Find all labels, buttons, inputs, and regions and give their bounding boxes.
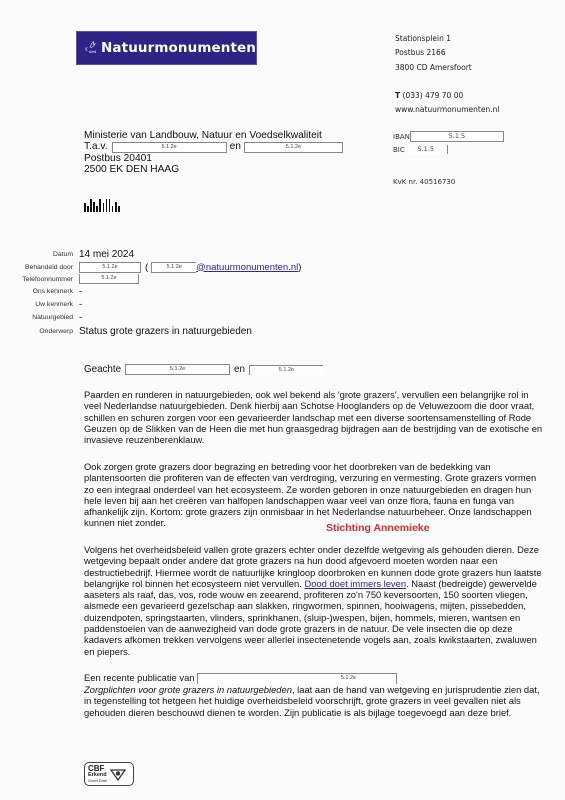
- bic-row: BIC 5.1.5: [393, 143, 504, 156]
- paragraph-3: Volgens het overheidsbeleid vallen grote…: [84, 544, 544, 657]
- bic-label: BIC: [393, 146, 405, 154]
- tav-redacted-1: 5.1.2e: [112, 142, 227, 153]
- salutation-redacted-2: 5.1.2e: [249, 365, 323, 375]
- natuurmonumenten-logo: Natuurmonumenten: [76, 31, 257, 65]
- sender-address: Stationsplein 1 Postbus 2166 3800 CD Ame…: [395, 32, 499, 117]
- logo-text: Natuurmonumenten: [101, 40, 256, 56]
- bird-fish-logo-icon: [83, 33, 99, 63]
- recipient-org: Ministerie van Landbouw, Natuur en Voeds…: [84, 130, 343, 141]
- salutation: Geachte 5.1.2e en 5.1.2e: [84, 364, 544, 375]
- iban-row: IBAN 5.1.5: [393, 130, 504, 143]
- recipient-postcode-city: 2500 EK DEN HAAG: [84, 164, 343, 175]
- meta-our-ref: Ons kenmerk -: [0, 285, 565, 298]
- sender-postcode-city: 3800 CD Amersfoort: [395, 61, 499, 75]
- email-link[interactable]: @natuurmonumenten.nl: [196, 262, 298, 273]
- phone-redacted: 5.1.2e: [79, 274, 139, 284]
- bic-redacted: 5.1.5: [405, 145, 448, 154]
- handled-redacted: 5.1.2e: [79, 262, 141, 273]
- bank-info: IBAN 5.1.5 BIC 5.1.5 KvK nr. 40516730: [393, 130, 504, 186]
- cbf-eye-icon: [110, 767, 126, 781]
- meta-handled-by: Behandeld door 5.1.2e ( 5.1.2e @natuurmo…: [0, 261, 565, 273]
- iban-label: IBAN: [393, 133, 410, 141]
- paragraph-1: Paarden en runderen in natuurgebieden, o…: [84, 389, 544, 445]
- sender-website: www.natuurmonumenten.nl: [395, 103, 499, 117]
- meta-date: Datum 14 mei 2024: [0, 248, 565, 261]
- meta-subject: Onderwerp Status grote grazers in natuur…: [0, 324, 565, 338]
- sender-street: Stationsplein 1: [395, 32, 499, 46]
- email-redacted: 5.1.2e: [151, 262, 196, 273]
- dood-doet-leven-link[interactable]: Dood doet immers leven: [304, 578, 406, 589]
- kvk-number: KvK nr. 40516730: [393, 178, 504, 186]
- salutation-redacted-1: 5.1.2e: [125, 364, 230, 375]
- recipient-pobox: Postbus 20401: [84, 153, 343, 164]
- iban-redacted: 5.1.5: [410, 131, 504, 142]
- paragraph-4: Een recente publicatie van 5.1.2e Zorgpl…: [84, 672, 544, 718]
- postal-barcode: [84, 198, 120, 212]
- meta-your-ref: Uw kenmerk -: [0, 298, 565, 311]
- cbf-badge: CBF Erkend Goed Doel: [84, 762, 134, 786]
- meta-phone: Telefoonnummer 5.1.2e: [0, 273, 565, 285]
- publication-title: Zorgplichten voor grote grazers in natuu…: [84, 684, 292, 695]
- letter-meta: Datum 14 mei 2024 Behandeld door 5.1.2e …: [0, 248, 565, 338]
- sender-pobox: Postbus 2166: [395, 46, 499, 60]
- tav-redacted-2: 5.1.2e: [244, 142, 343, 153]
- sender-phone: T (033) 479 70 00: [395, 89, 499, 103]
- stichting-annemieke-watermark: Stichting Annemieke: [326, 522, 429, 534]
- recipient-tav: T.a.v. 5.1.2e en 5.1.2e: [84, 141, 343, 152]
- paragraph-2: Ook zorgen grote grazers door begrazing …: [84, 461, 544, 529]
- recipient-address: Ministerie van Landbouw, Natuur en Voeds…: [84, 130, 343, 176]
- meta-area: Natuurgebied -: [0, 311, 565, 324]
- publication-author-redacted: 5.1.2e: [197, 673, 397, 684]
